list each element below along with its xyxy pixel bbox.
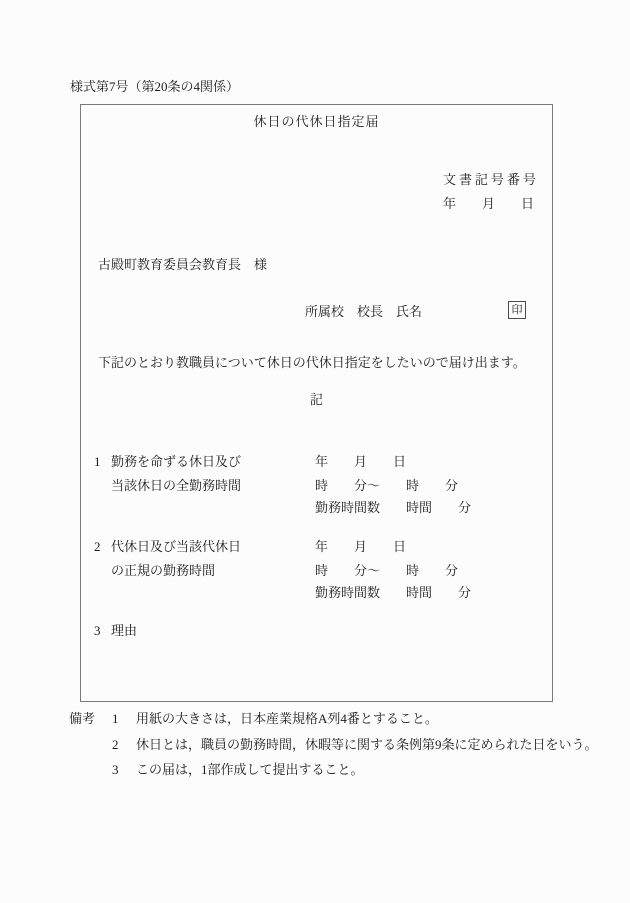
item-1-date-field: 年 月 日 — [315, 454, 406, 469]
seal-mark: 印 — [508, 301, 526, 319]
item-1-label-line2: 当該休日の全勤務時間 — [111, 478, 241, 493]
item-2-hours-field: 勤務時間数 時間 分 — [315, 585, 471, 600]
remark-1-number: 1 — [112, 711, 119, 726]
item-1-number: 1 — [94, 454, 108, 469]
item-1-hours-field: 勤務時間数 時間 分 — [315, 500, 471, 515]
remarks-label: 備考 — [69, 711, 95, 726]
header-date-line: 年 月 日 — [443, 196, 534, 211]
item-2-date-field: 年 月 日 — [315, 539, 406, 554]
item-2-time-field: 時 分～ 時 分 — [315, 563, 458, 578]
statement: 下記のとおり教職員について休日の代休日指定をしたいので届け出ます。 — [98, 355, 526, 370]
item-1-label-line1: 勤務を命ずる休日及び — [111, 454, 241, 469]
remark-3-text: この届は，1部作成して提出すること。 — [136, 762, 364, 777]
item-1-time-field: 時 分～ 時 分 — [315, 478, 458, 493]
item-2-label-line1: 代休日及び当該代休日 — [111, 539, 241, 554]
record-marker: 記 — [80, 392, 553, 407]
item-3-label-line1: 理由 — [111, 623, 137, 638]
remark-1-text: 用紙の大きさは，日本産業規格A列4番とすること。 — [136, 711, 438, 726]
form-number: 様式第7号（第20条の4関係） — [70, 79, 239, 94]
remark-2-number: 2 — [112, 737, 119, 752]
item-3-number: 3 — [94, 623, 108, 638]
remark-2-text: 休日とは，職員の勤務時間，休暇等に関する条例第9条に定められた日をいう。 — [136, 737, 598, 752]
document-page: 様式第7号（第20条の4関係） 休日の代休日指定届 文書記号番号 年 月 日 古… — [0, 0, 630, 903]
sender-signature-line: 所属校 校長 氏名 — [305, 304, 422, 319]
item-2-label-line2: の正規の勤務時間 — [111, 563, 215, 578]
remark-3-number: 3 — [112, 762, 119, 777]
item-2-number: 2 — [94, 539, 108, 554]
doc-ref-number-label: 文書記号番号 — [443, 172, 539, 187]
form-title: 休日の代休日指定届 — [80, 114, 553, 129]
addressee: 古殿町教育委員会教育長 様 — [98, 257, 267, 272]
